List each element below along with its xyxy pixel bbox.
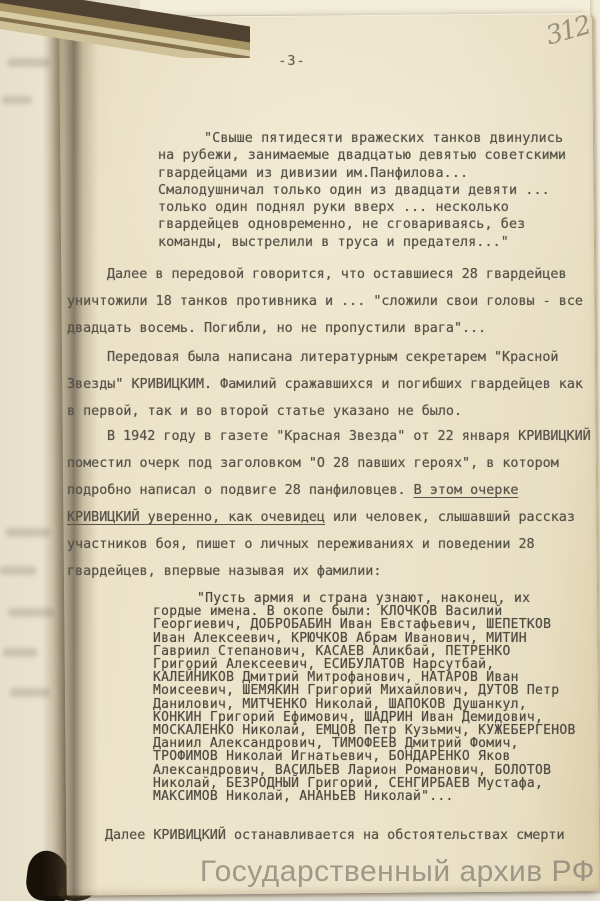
- typed-quote-editorial: "Свыше пятидесяти вражеских танков двину…: [158, 130, 572, 251]
- archive-watermark: Государственный архив РФ: [175, 855, 595, 889]
- handwritten-folio-number: 312: [543, 11, 593, 52]
- typed-paragraph-essay: В 1942 году в газете "Красная Звезда" от…: [67, 423, 598, 585]
- typed-text-layer: -3- 312 "Свыше пятидесяти вражеских танк…: [0, 0, 600, 901]
- typed-quote-names-list: "Пусть армия и страна узнают, наконец, и…: [153, 592, 579, 803]
- page-number: -3-: [230, 53, 354, 69]
- typed-paragraph-tanks: Далее в передовой говорится, что оставши…: [67, 261, 598, 342]
- scanned-archive-document: -3- 312 "Свыше пятидесяти вражеских танк…: [0, 0, 600, 901]
- typed-paragraph-closing: Далее КРИВИЦКИЙ останавливается на обсто…: [67, 822, 598, 849]
- typed-paragraph-krivitsky: Передовая была написана литературным сек…: [67, 344, 598, 425]
